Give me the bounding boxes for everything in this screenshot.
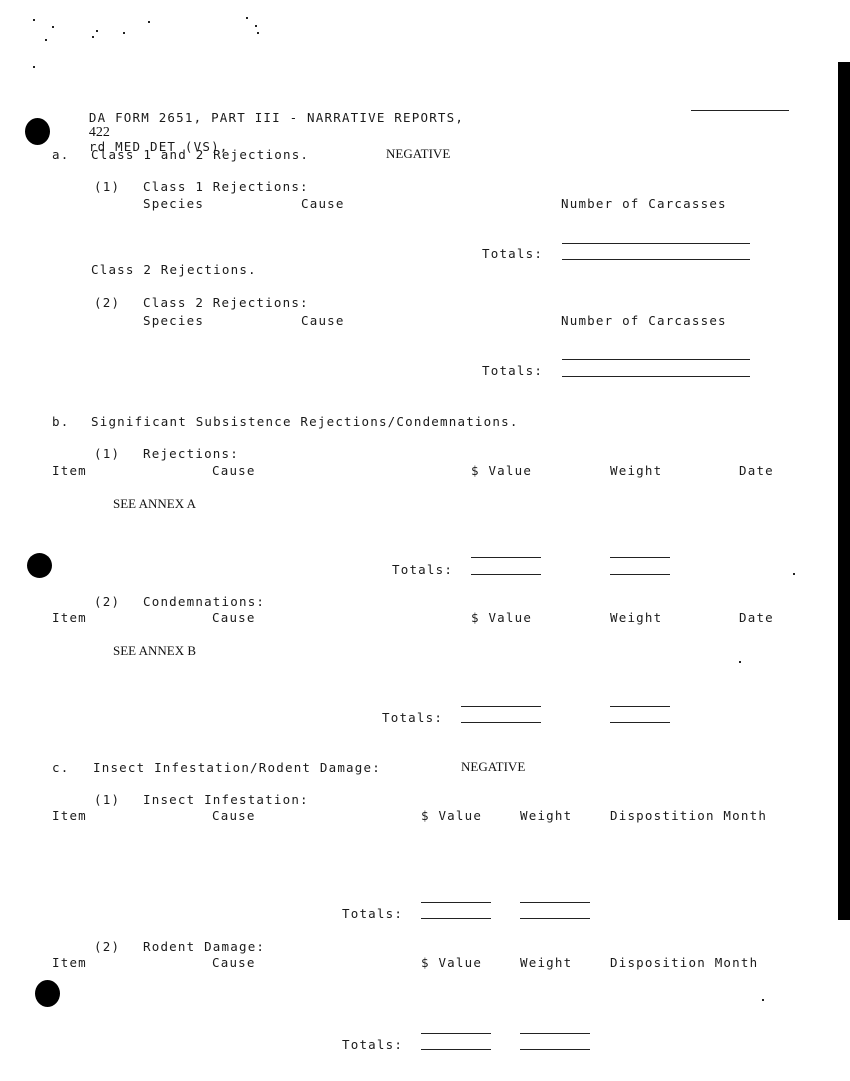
column-header-value: $ Value	[471, 464, 532, 478]
section-a-status: NEGATIVE	[386, 147, 450, 161]
section-a2-label: (2)	[94, 296, 120, 310]
column-header-species: Species	[143, 314, 204, 328]
totals-label: Totals:	[342, 1038, 403, 1052]
annex-b-reference: SEE ANNEX B	[113, 644, 196, 658]
column-header-weight: Weight	[610, 464, 662, 478]
column-header-cause: Cause	[301, 314, 345, 328]
form-title-prefix: DA FORM 2651, PART III - NARRATIVE REPOR…	[89, 110, 464, 125]
value-totals-line-upper	[421, 1033, 491, 1034]
column-header-number-of-carcasses: Number of Carcasses	[561, 197, 727, 211]
column-header-item: Item	[52, 956, 87, 970]
section-c1-title: Insect Infestation:	[143, 793, 309, 807]
column-header-cause: Cause	[301, 197, 345, 211]
column-header-date: Date	[739, 464, 774, 478]
column-header-weight: Weight	[520, 809, 572, 823]
date-blank-line	[691, 110, 789, 111]
totals-label: Totals:	[482, 247, 543, 261]
column-header-number-of-carcasses: Number of Carcasses	[561, 314, 727, 328]
section-b2-label: (2)	[94, 595, 120, 609]
weight-totals-line-lower	[610, 722, 670, 723]
totals-line-upper	[562, 243, 750, 244]
section-c2-title: Rodent Damage:	[143, 940, 265, 954]
section-c-status: NEGATIVE	[461, 760, 525, 774]
class-2-heading: Class 2 Rejections.	[91, 263, 257, 277]
document-page: DA FORM 2651, PART III - NARRATIVE REPOR…	[0, 0, 850, 1081]
totals-label: Totals:	[482, 364, 543, 378]
column-header-weight: Weight	[610, 611, 662, 625]
weight-totals-line-upper	[520, 902, 590, 903]
punch-hole-top	[25, 118, 50, 145]
section-b-title: Significant Subsistence Rejections/Conde…	[91, 415, 519, 429]
column-header-weight: Weight	[520, 956, 572, 970]
column-header-cause: Cause	[212, 611, 256, 625]
column-header-disposition-month: Dispostition Month	[610, 809, 767, 823]
totals-line-lower	[562, 259, 750, 260]
section-c-label: c.	[52, 761, 69, 775]
totals-label: Totals:	[382, 711, 443, 725]
value-totals-line-lower	[421, 918, 491, 919]
value-totals-line-lower	[461, 722, 541, 723]
value-totals-line-upper	[471, 557, 541, 558]
weight-totals-line-lower	[610, 574, 670, 575]
column-header-cause: Cause	[212, 809, 256, 823]
punch-hole-bottom	[35, 980, 60, 1007]
section-a-label: a.	[52, 148, 69, 162]
unit-number: 422	[89, 125, 110, 140]
section-b2-title: Condemnations:	[143, 595, 265, 609]
totals-line-lower	[562, 376, 750, 377]
column-header-cause: Cause	[212, 956, 256, 970]
value-totals-line-lower	[471, 574, 541, 575]
column-header-disposition-month: Disposition Month	[610, 956, 758, 970]
totals-label: Totals:	[392, 563, 453, 577]
weight-totals-line-lower	[520, 1049, 590, 1050]
section-c-title: Insect Infestation/Rodent Damage:	[93, 761, 381, 775]
column-header-value: $ Value	[421, 956, 482, 970]
scan-edge-shadow	[838, 62, 850, 920]
weight-totals-line-lower	[520, 918, 590, 919]
column-header-item: Item	[52, 611, 87, 625]
column-header-date: Date	[739, 611, 774, 625]
weight-totals-line-upper	[610, 557, 670, 558]
section-b-label: b.	[52, 415, 69, 429]
value-totals-line-lower	[421, 1049, 491, 1050]
column-header-item: Item	[52, 464, 87, 478]
section-a1-label: (1)	[94, 180, 120, 194]
weight-totals-line-upper	[610, 706, 670, 707]
column-header-value: $ Value	[471, 611, 532, 625]
section-b1-title: Rejections:	[143, 447, 239, 461]
section-c1-label: (1)	[94, 793, 120, 807]
value-totals-line-upper	[461, 706, 541, 707]
weight-totals-line-upper	[520, 1033, 590, 1034]
column-header-value: $ Value	[421, 809, 482, 823]
column-header-cause: Cause	[212, 464, 256, 478]
section-c2-label: (2)	[94, 940, 120, 954]
totals-line-upper	[562, 359, 750, 360]
punch-hole-middle	[27, 553, 52, 578]
totals-label: Totals:	[342, 907, 403, 921]
annex-a-reference: SEE ANNEX A	[113, 497, 196, 511]
column-header-species: Species	[143, 197, 204, 211]
section-a1-title: Class 1 Rejections:	[143, 180, 309, 194]
section-b1-label: (1)	[94, 447, 120, 461]
section-a-title: Class 1 and 2 Rejections.	[91, 148, 309, 162]
column-header-item: Item	[52, 809, 87, 823]
section-a2-title: Class 2 Rejections:	[143, 296, 309, 310]
value-totals-line-upper	[421, 902, 491, 903]
